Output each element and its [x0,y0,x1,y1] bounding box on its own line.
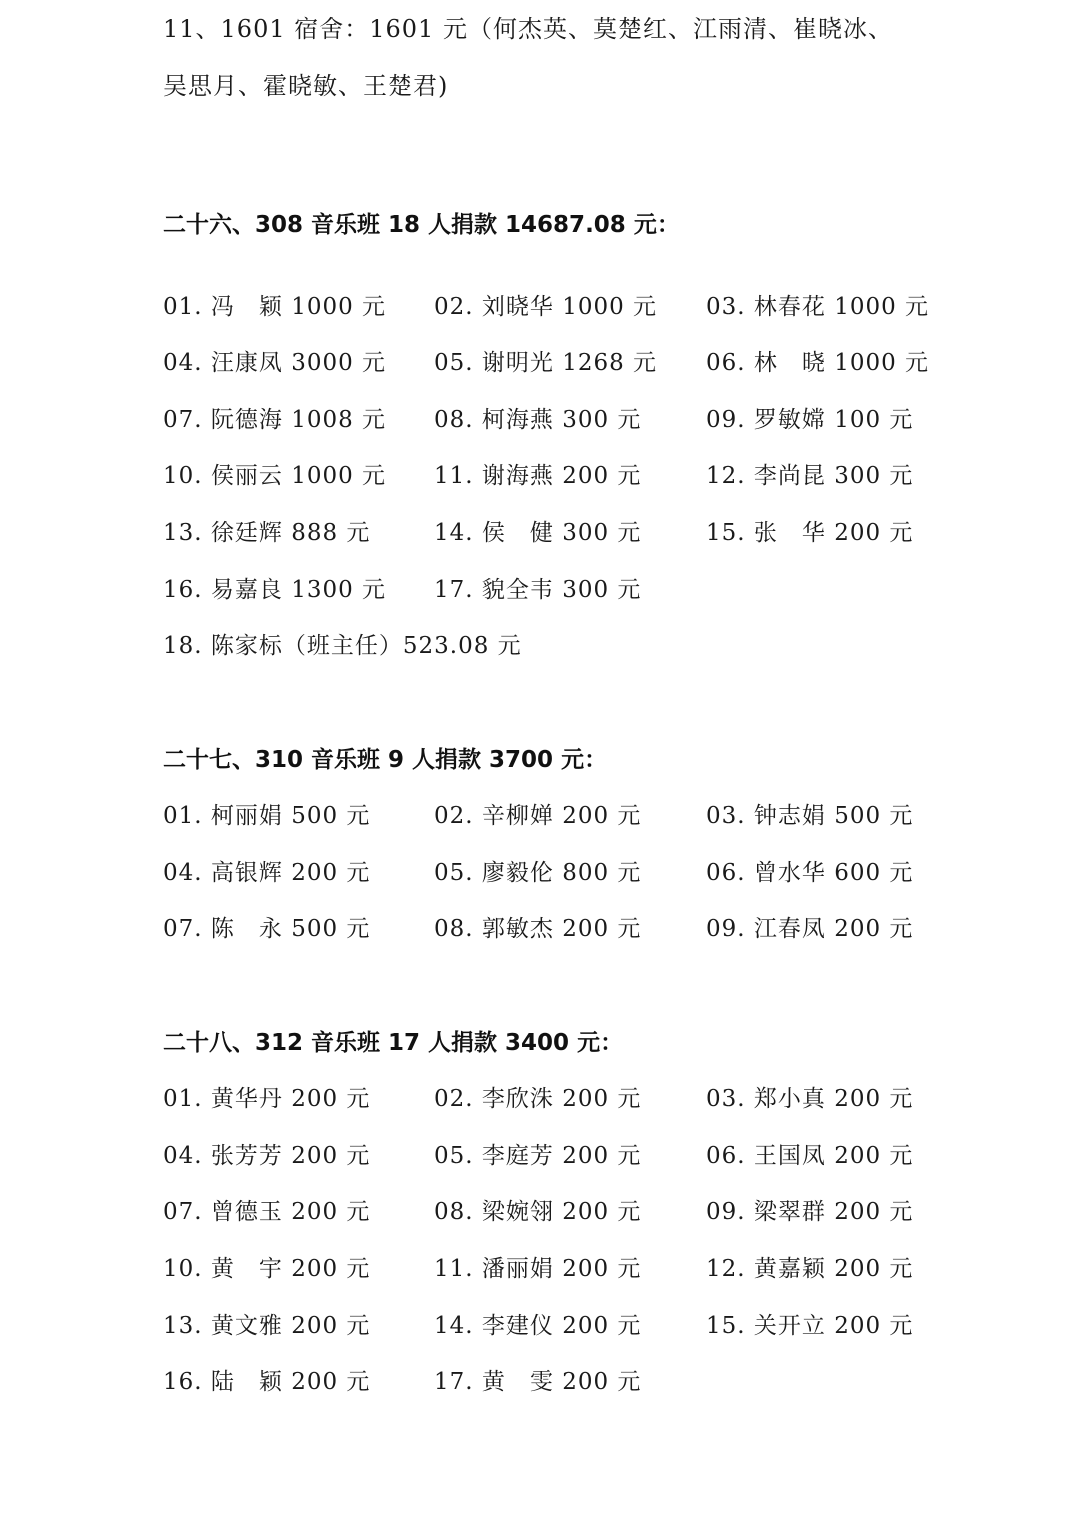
donor-entry: 08. 梁婉翎 200 元 [434,1197,641,1227]
donor-entry: 01. 冯 颖 1000 元 [163,292,386,322]
donor-entry: 13. 黄文雅 200 元 [163,1311,370,1341]
donor-row: 04. 张芳芳 200 元 05. 李庭芳 200 元 06. 王国凤 200 … [163,1141,963,1171]
donor-entry: 17. 貌全韦 300 元 [434,575,641,605]
donor-entry: 06. 王国凤 200 元 [706,1141,913,1171]
donor-entry: 11. 潘丽娟 200 元 [434,1254,641,1284]
donor-entry: 04. 高银辉 200 元 [163,858,370,888]
donor-entry: 05. 谢明光 1268 元 [434,348,657,378]
donor-entry: 13. 徐廷辉 888 元 [163,518,370,548]
donor-entry: 09. 梁翠群 200 元 [706,1197,913,1227]
donor-row: 16. 陆 颖 200 元 17. 黄 雯 200 元 [163,1367,963,1397]
donor-entry: 12. 李尚昆 300 元 [706,461,913,491]
donor-entry: 12. 黄嘉颖 200 元 [706,1254,913,1284]
donor-entry: 04. 汪康凤 3000 元 [163,348,386,378]
donor-row: 01. 柯丽娟 500 元 02. 辛柳婵 200 元 03. 钟志娟 500 … [163,801,963,831]
donor-entry: 09. 罗敏嫦 100 元 [706,405,913,435]
donor-entry: 10. 侯丽云 1000 元 [163,461,386,491]
section-heading-308: 二十六、308 音乐班 18 人捐款 14687.08 元： [163,210,680,240]
donor-entry: 11. 谢海燕 200 元 [434,461,641,491]
donor-entry: 10. 黄 宇 200 元 [163,1254,370,1284]
section-heading-312: 二十八、312 音乐班 17 人捐款 3400 元： [163,1028,623,1058]
donor-entry: 01. 柯丽娟 500 元 [163,801,370,831]
donor-row: 10. 黄 宇 200 元 11. 潘丽娟 200 元 12. 黄嘉颖 200 … [163,1254,963,1284]
donor-row: 01. 冯 颖 1000 元 02. 刘晓华 1000 元 03. 林春花 10… [163,292,963,322]
donor-entry: 05. 李庭芳 200 元 [434,1141,641,1171]
dorm-1601-line-1: 11、1601 宿舍：1601 元（何杰英、莫楚红、江雨清、崔晓冰、 [163,14,893,44]
donor-entry: 05. 廖毅伦 800 元 [434,858,641,888]
donor-entry: 16. 陆 颖 200 元 [163,1367,370,1397]
donor-row: 01. 黄华丹 200 元 02. 李欣洙 200 元 03. 郑小真 200 … [163,1084,963,1114]
donor-entry: 17. 黄 雯 200 元 [434,1367,641,1397]
donor-entry: 08. 郭敏杰 200 元 [434,914,641,944]
donor-entry: 08. 柯海燕 300 元 [434,405,641,435]
donor-row: 10. 侯丽云 1000 元 11. 谢海燕 200 元 12. 李尚昆 300… [163,461,963,491]
donor-entry: 15. 关开立 200 元 [706,1311,913,1341]
donor-entry: 15. 张 华 200 元 [706,518,913,548]
donor-row: 04. 高银辉 200 元 05. 廖毅伦 800 元 06. 曾水华 600 … [163,858,963,888]
donor-entry: 02. 刘晓华 1000 元 [434,292,657,322]
donor-entry: 09. 江春凤 200 元 [706,914,913,944]
donor-entry: 01. 黄华丹 200 元 [163,1084,370,1114]
donor-entry: 02. 李欣洙 200 元 [434,1084,641,1114]
donor-entry: 03. 郑小真 200 元 [706,1084,913,1114]
donor-row: 13. 黄文雅 200 元 14. 李建仪 200 元 15. 关开立 200 … [163,1311,963,1341]
donor-entry: 06. 林 晓 1000 元 [706,348,929,378]
donor-entry: 16. 易嘉良 1300 元 [163,575,386,605]
donor-row: 07. 阮德海 1008 元 08. 柯海燕 300 元 09. 罗敏嫦 100… [163,405,963,435]
donor-entry: 06. 曾水华 600 元 [706,858,913,888]
section-heading-310: 二十七、310 音乐班 9 人捐款 3700 元： [163,745,607,775]
donor-entry-head-teacher: 18. 陈家标（班主任）523.08 元 [163,631,522,661]
donation-list-page: 11、1601 宿舍：1601 元（何杰英、莫楚红、江雨清、崔晓冰、 吴思月、霍… [0,0,1080,1527]
dorm-1601-line-2: 吴思月、霍晓敏、王楚君) [163,71,448,101]
donor-entry: 03. 钟志娟 500 元 [706,801,913,831]
donor-entry: 07. 阮德海 1008 元 [163,405,386,435]
donor-row: 16. 易嘉良 1300 元 17. 貌全韦 300 元 [163,575,963,605]
donor-row: 07. 陈 永 500 元 08. 郭敏杰 200 元 09. 江春凤 200 … [163,914,963,944]
donor-entry: 04. 张芳芳 200 元 [163,1141,370,1171]
donor-entry: 07. 陈 永 500 元 [163,914,370,944]
donor-row: 07. 曾德玉 200 元 08. 梁婉翎 200 元 09. 梁翠群 200 … [163,1197,963,1227]
donor-row: 18. 陈家标（班主任）523.08 元 [163,631,963,661]
donor-row: 13. 徐廷辉 888 元 14. 侯 健 300 元 15. 张 华 200 … [163,518,963,548]
donor-entry: 14. 侯 健 300 元 [434,518,641,548]
donor-entry: 02. 辛柳婵 200 元 [434,801,641,831]
donor-entry: 03. 林春花 1000 元 [706,292,929,322]
donor-entry: 07. 曾德玉 200 元 [163,1197,370,1227]
donor-entry: 14. 李建仪 200 元 [434,1311,641,1341]
donor-row: 04. 汪康凤 3000 元 05. 谢明光 1268 元 06. 林 晓 10… [163,348,963,378]
